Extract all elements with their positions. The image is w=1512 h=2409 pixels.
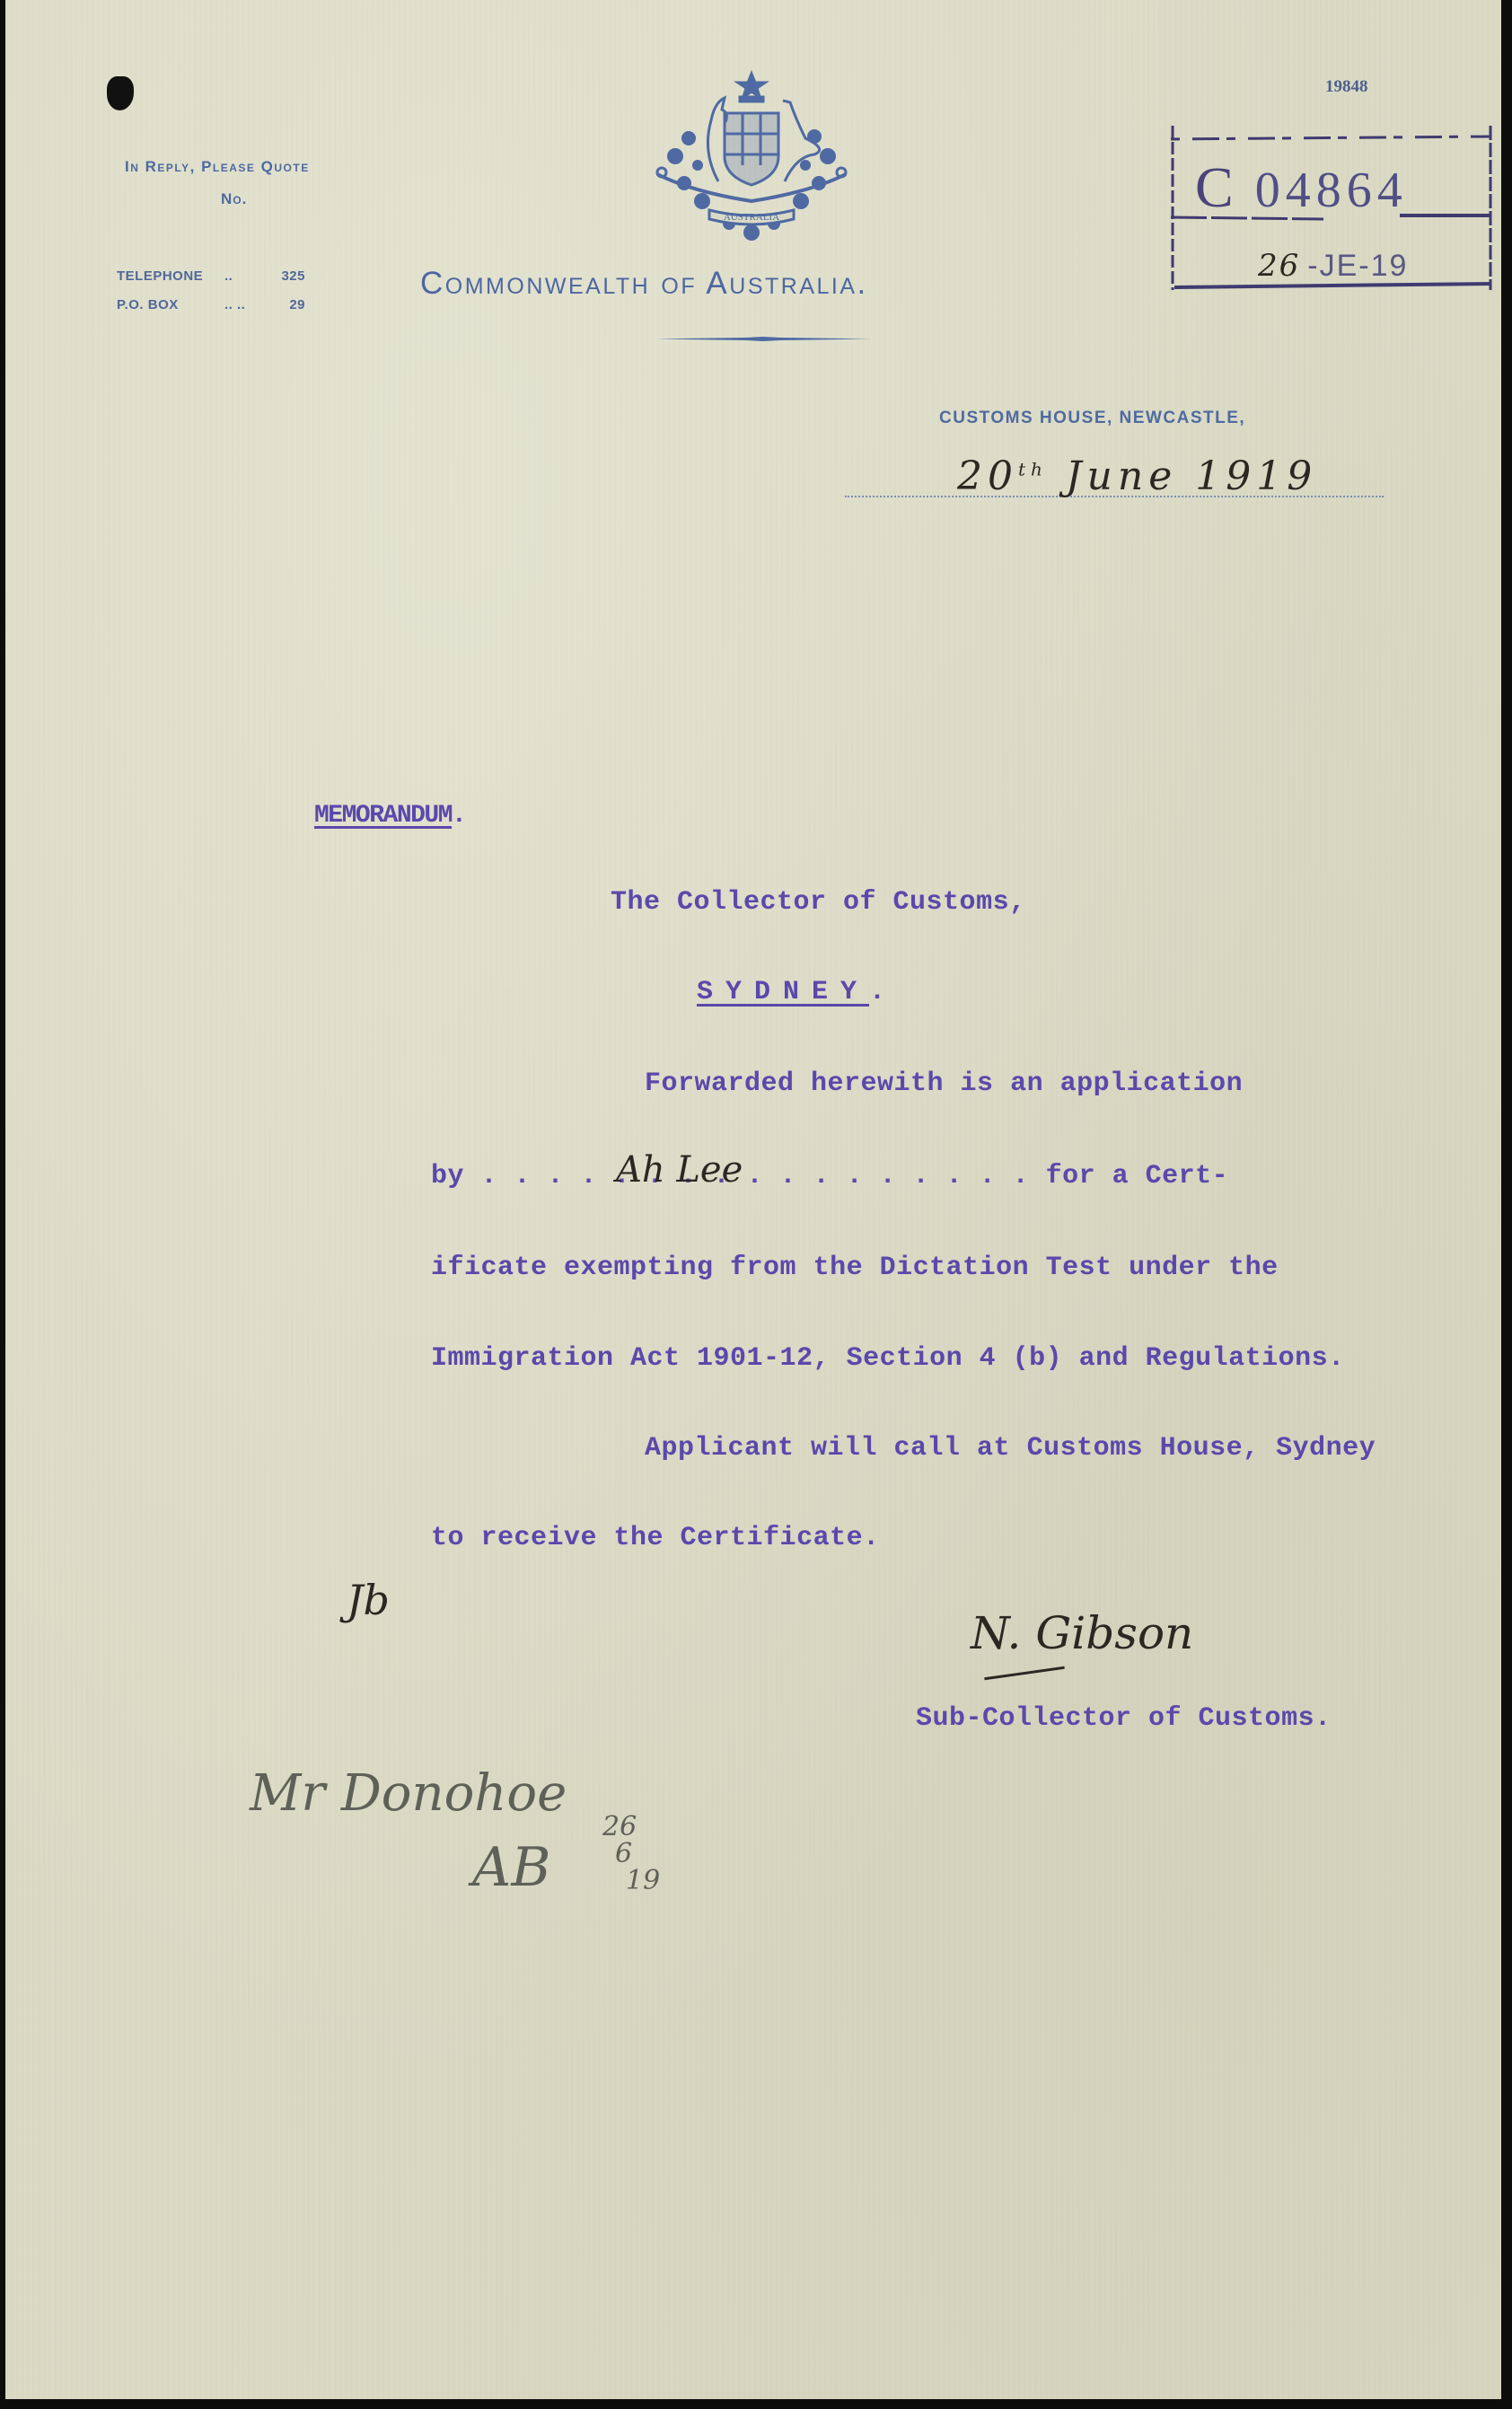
decorative-rule (655, 337, 871, 341)
body-line-2: by . . . . . . . . . . . . . . . . . for… (431, 1161, 1228, 1191)
body-line-1: Forwarded herewith is an application (645, 1068, 1243, 1099)
recipient-city: SYDNEY. (697, 977, 886, 1007)
body-line-2-suffix: for a Cert- (1046, 1161, 1229, 1191)
stamp-date-day: 26 (1258, 248, 1300, 284)
punch-hole (107, 76, 134, 110)
pobox-label: P.O. BOX (117, 297, 224, 312)
body-line-4: Immigration Act 1901-12, Section 4 (b) a… (431, 1343, 1345, 1374)
pobox-dots: .. .. (224, 297, 266, 312)
stamp-serial-number: 19848 (1325, 77, 1368, 97)
pencil-date: 26 6 19 (602, 1814, 660, 1895)
pencil-initials: AB (472, 1836, 550, 1899)
stamp-prefix: C (1195, 155, 1239, 219)
letterhead-title: Commonwealth of Australia. (420, 266, 868, 302)
recipient-line: The Collector of Customs, (611, 887, 1026, 918)
handwritten-date: 20th June 1919 (957, 453, 1317, 499)
body-line-3: ificate exempting from the Dictation Tes… (431, 1253, 1279, 1283)
stamp-faint-text (1182, 90, 1201, 120)
sender-address: CUSTOMS HOUSE, NEWCASTLE, (939, 409, 1245, 428)
pobox-value: 29 (266, 297, 305, 312)
pobox-line: P.O. BOX.. ..29 (117, 297, 305, 312)
signature: N. Gibson (971, 1607, 1193, 1659)
telephone-value: 325 (266, 268, 305, 284)
margin-initials: Jb (347, 1576, 390, 1624)
stamp-registration-number: C04864 (1195, 154, 1408, 221)
pencil-annotation: Mr Donohoe (250, 1764, 567, 1823)
reply-number-label: No. (221, 190, 247, 208)
date-month-year: June 1919 (1066, 453, 1317, 499)
document-page: In Reply, Please Quote No. TELEPHONE..32… (5, 0, 1501, 2399)
telephone-dots: .. (224, 268, 266, 284)
memo-heading-text: MEMORANDUM (314, 802, 452, 830)
date-day-suffix: th (1018, 458, 1048, 479)
signature-underline (984, 1666, 1065, 1680)
date-day: 20 (957, 453, 1018, 499)
reply-quote-label: In Reply, Please Quote (125, 158, 310, 176)
svg-text:AUSTRALIA: AUSTRALIA (724, 212, 779, 223)
memo-heading: MEMORANDUM. (314, 802, 465, 830)
coat-of-arms-icon: AUSTRALIA (639, 66, 864, 246)
stamp-date: 26-JE-19 (1258, 248, 1408, 284)
applicant-name: Ah Lee (616, 1149, 743, 1191)
signatory-title: Sub-Collector of Customs. (916, 1703, 1332, 1734)
body-line-5: Applicant will call at Customs House, Sy… (645, 1433, 1376, 1464)
stamp-date-month-year: -JE-19 (1307, 249, 1408, 283)
telephone-line: TELEPHONE..325 (117, 268, 305, 284)
body-line-6: to receive the Certificate. (431, 1523, 880, 1553)
recipient-city-text: SYDNEY (697, 977, 869, 1007)
stamp-number: 04864 (1255, 163, 1408, 218)
telephone-label: TELEPHONE (117, 268, 224, 284)
